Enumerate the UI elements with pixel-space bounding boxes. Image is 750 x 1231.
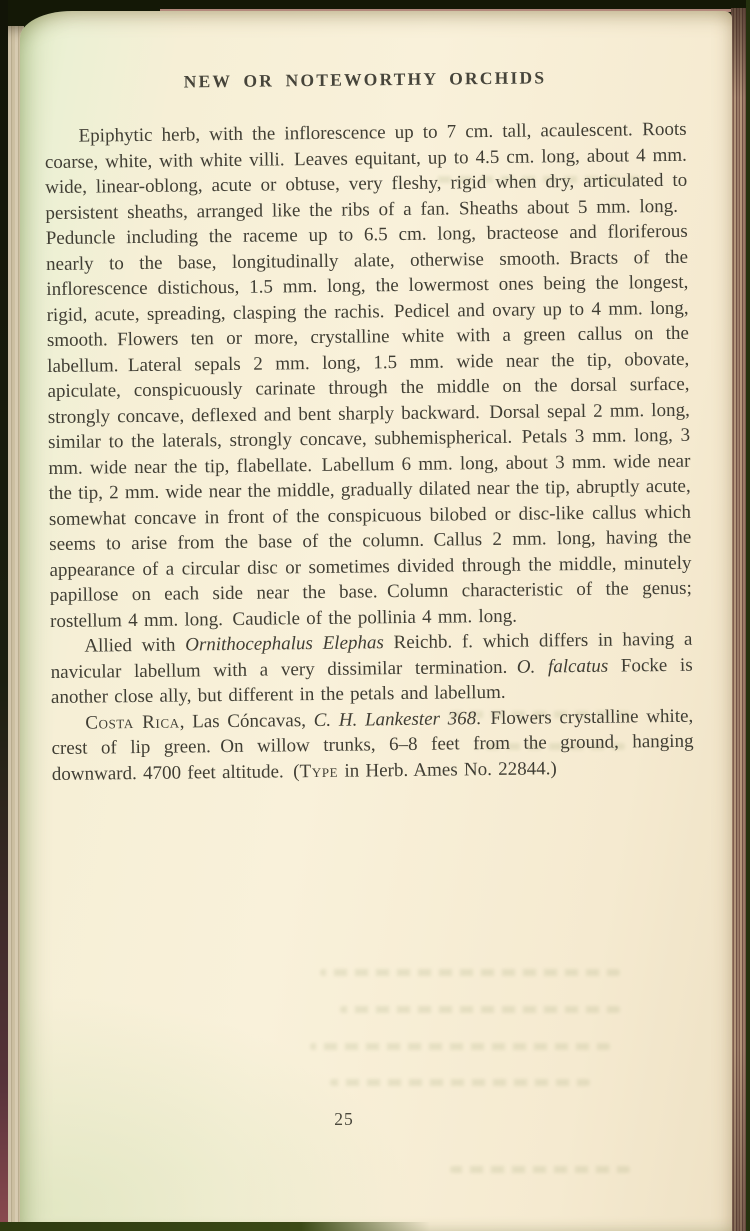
italic-text: C. H. Lankester 368 [314,708,477,731]
body-text: Allied with [84,634,185,656]
paragraphs: Epiphytic herb, with the inflorescence u… [44,117,693,787]
smallcaps-text: Costa Rica [85,711,180,733]
paragraph: Costa Rica, Las Cóncavas, C. H. Lankeste… [51,703,694,787]
paragraph: Allied with Ornithocephalus Elephas Reic… [50,627,693,711]
show-through-text [450,1166,630,1173]
page-title: NEW OR NOTEWORTHY ORCHIDS [44,66,686,94]
page-number: 25 [0,1109,700,1130]
italic-text: Ornithocephalus Elephas [185,632,384,655]
book-page: NEW OR NOTEWORTHY ORCHIDS Epiphytic herb… [20,11,732,1231]
body-text: in Herb. Ames No. 22844.) [338,758,557,781]
show-through-text [330,1079,590,1086]
book-gutter-left [0,0,8,1231]
page-content: NEW OR NOTEWORTHY ORCHIDS Epiphytic herb… [44,66,694,787]
scanned-book-photo: NEW OR NOTEWORTHY ORCHIDS Epiphytic herb… [0,0,750,1231]
body-text: , Las Cóncavas, [180,710,314,733]
smallcaps-text: Type [299,760,338,781]
show-through-text [310,1043,610,1050]
italic-text: O. falcatus [517,655,609,677]
body-text: Epiphytic herb, with the inflorescence u… [45,119,692,632]
show-through-text [320,969,620,976]
book-cover-right-edge [746,0,750,1231]
show-through-text [340,1006,620,1013]
paragraph: Epiphytic herb, with the inflorescence u… [44,117,692,634]
book-cover-bottom-edge [0,1222,430,1231]
right-page-edges [731,8,746,1231]
